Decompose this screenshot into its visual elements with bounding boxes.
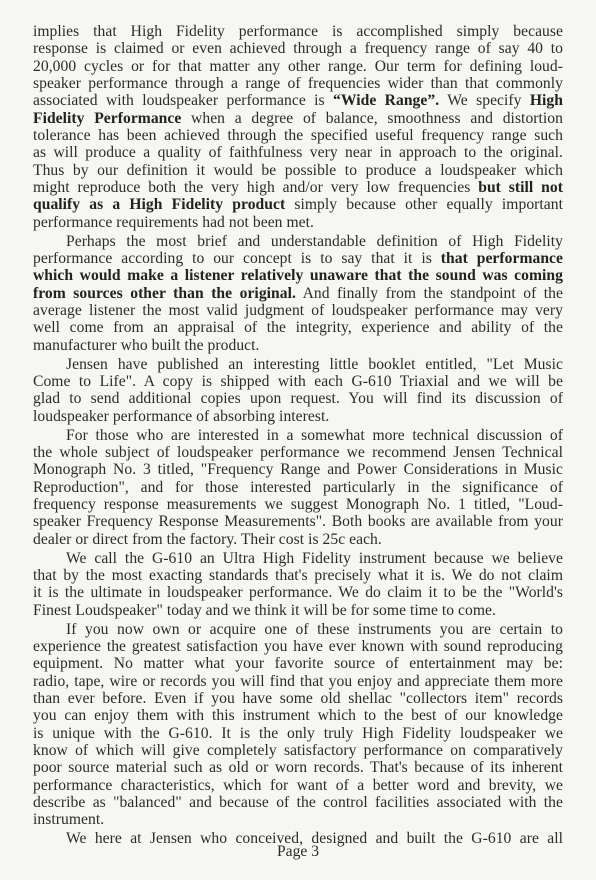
text-line: poor source material such as old or worn…	[33, 759, 563, 776]
text-line: dealer or direct from the factory. Their…	[33, 531, 563, 548]
text-run: experience the greatest satisfaction you…	[33, 638, 563, 655]
text-line: If you now own or acquire one of these i…	[33, 621, 563, 638]
text-run: when a degree of balance, smoothness and…	[181, 110, 563, 127]
text-line: Perhaps the most brief and understandabl…	[33, 233, 563, 250]
text-line: performance requirements had not been me…	[33, 214, 563, 231]
text-run: it is the ultimate in loudspeaker perfor…	[33, 584, 563, 601]
text-run: response is claimed or even achieved thr…	[33, 40, 563, 57]
text-run: associated with loudspeaker performance …	[33, 92, 333, 109]
text-run: manufacturer who built the product.	[33, 337, 260, 354]
text-line: Come to Life". A copy is shipped with ea…	[33, 373, 563, 390]
text-run: than ever before. Even if you have some …	[33, 690, 563, 707]
document-page: implies that High Fidelity performance i…	[0, 0, 596, 880]
bold-text: but still not	[478, 179, 563, 196]
text-line: tolerance has been achieved through the …	[33, 127, 563, 144]
text-run: know of which will give completely satis…	[33, 742, 563, 759]
text-line: Reproduction", and for those interested …	[33, 479, 563, 496]
bold-text: qualify as a High Fidelity product	[33, 196, 285, 213]
text-line: radio, tape, wire or records you will fi…	[33, 673, 563, 690]
text-line: manufacturer who built the product.	[33, 337, 563, 354]
text-line: that by the most exacting standards that…	[33, 567, 563, 584]
text-run: might reproduce both the very high and/o…	[33, 179, 478, 196]
text-run: speaker performance through a range of f…	[33, 75, 563, 92]
page-number: Page 3	[0, 843, 596, 861]
text-line: associated with loudspeaker performance …	[33, 92, 563, 109]
text-run: And finally from the standpoint of the	[296, 285, 563, 302]
text-run: performance characteristics, which for w…	[33, 777, 563, 794]
text-run: glad to send additional copies upon requ…	[33, 390, 563, 407]
text-line: well come from an appraisal of the integ…	[33, 319, 563, 336]
text-run: equipment. No matter what your favorite …	[33, 655, 563, 672]
paragraph: For those who are interested in a somewh…	[33, 427, 563, 548]
text-line: glad to send additional copies upon requ…	[33, 390, 563, 407]
text-line: response is claimed or even achieved thr…	[33, 40, 563, 57]
body-text: implies that High Fidelity performance i…	[33, 23, 563, 849]
text-run: performance according to our concept is …	[33, 250, 441, 267]
bold-text: Fidelity Performance	[33, 110, 181, 127]
bold-text: from sources other than the original.	[33, 285, 296, 302]
text-run: tolerance has been achieved through the …	[33, 127, 563, 144]
text-line: frequency response measurements we sugge…	[33, 496, 563, 513]
text-run: Perhaps the most brief and understandabl…	[66, 233, 563, 250]
paragraph: implies that High Fidelity performance i…	[33, 23, 563, 231]
paragraph: Jensen have published an interesting lit…	[33, 356, 563, 425]
text-line: equipment. No matter what your favorite …	[33, 655, 563, 672]
paragraph: Perhaps the most brief and understandabl…	[33, 233, 563, 354]
text-line: is unique with the G-610. It is the only…	[33, 725, 563, 742]
bold-text: “Wide Range”.	[333, 92, 439, 109]
text-run: We call the G-610 an Ultra High Fidelity…	[66, 550, 563, 567]
text-line: Monograph No. 3 titled, "Frequency Range…	[33, 461, 563, 478]
text-line: describe as "balanced" and because of th…	[33, 794, 563, 811]
bold-text: that performance	[441, 250, 563, 267]
text-line: it is the ultimate in loudspeaker perfor…	[33, 584, 563, 601]
text-run: 20,000 cycles or for that matter any oth…	[33, 58, 563, 75]
text-run: speaker Frequency Response Measurements"…	[33, 513, 563, 530]
text-line: Thus by our definition it would be possi…	[33, 162, 563, 179]
text-line: might reproduce both the very high and/o…	[33, 179, 563, 196]
text-run: describe as "balanced" and because of th…	[33, 794, 563, 811]
text-line: 20,000 cycles or for that matter any oth…	[33, 58, 563, 75]
text-line: speaker Frequency Response Measurements"…	[33, 513, 563, 530]
text-run: We specify	[439, 92, 530, 109]
text-line: implies that High Fidelity performance i…	[33, 23, 563, 40]
text-run: is unique with the G-610. It is the only…	[33, 725, 563, 742]
bold-text: which would make a listener relatively u…	[33, 267, 563, 284]
text-run: Reproduction", and for those interested …	[33, 479, 563, 496]
text-run: as will produce a quality of faithfulnes…	[33, 144, 563, 161]
text-line: loudspeaker performance of absorbing int…	[33, 408, 563, 425]
text-run: average listener the most valid judgment…	[33, 302, 563, 319]
text-run: well come from an appraisal of the integ…	[33, 319, 563, 336]
text-line: qualify as a High Fidelity product simpl…	[33, 196, 563, 213]
text-run: frequency response measurements we sugge…	[33, 496, 563, 513]
text-run: poor source material such as old or worn…	[33, 759, 563, 776]
text-run: For those who are interested in a somewh…	[66, 427, 563, 444]
text-line: experience the greatest satisfaction you…	[33, 638, 563, 655]
text-run: that by the most exacting standards that…	[33, 567, 563, 584]
text-line: from sources other than the original. An…	[33, 285, 563, 302]
text-line: as will produce a quality of faithfulnes…	[33, 144, 563, 161]
text-run: the whole subject of loudspeaker perform…	[33, 444, 563, 461]
text-line: know of which will give completely satis…	[33, 742, 563, 759]
text-run: Finest Loudspeaker" today and we think i…	[33, 602, 496, 619]
text-line: than ever before. Even if you have some …	[33, 690, 563, 707]
text-line: the whole subject of loudspeaker perform…	[33, 444, 563, 461]
text-run: performance requirements had not been me…	[33, 214, 314, 231]
text-run: dealer or direct from the factory. Their…	[33, 531, 382, 548]
text-run: loudspeaker performance of absorbing int…	[33, 408, 329, 425]
text-line: performance characteristics, which for w…	[33, 777, 563, 794]
text-line: We call the G-610 an Ultra High Fidelity…	[33, 550, 563, 567]
bold-text: High	[530, 92, 563, 109]
text-run: Monograph No. 3 titled, "Frequency Range…	[33, 461, 563, 478]
text-line: Finest Loudspeaker" today and we think i…	[33, 602, 563, 619]
text-line: average listener the most valid judgment…	[33, 302, 563, 319]
text-run: implies that High Fidelity performance i…	[33, 23, 563, 40]
text-run: simply because other equally important	[285, 196, 563, 213]
text-run: Jensen have published an interesting lit…	[66, 356, 563, 373]
text-run: instrument.	[33, 811, 104, 828]
text-line: Jensen have published an interesting lit…	[33, 356, 563, 373]
text-run: radio, tape, wire or records you will fi…	[33, 673, 563, 690]
text-line: Fidelity Performance when a degree of ba…	[33, 110, 563, 127]
text-run: you can enjoy them with this instrument …	[33, 707, 563, 724]
text-line: speaker performance through a range of f…	[33, 75, 563, 92]
text-line: you can enjoy them with this instrument …	[33, 707, 563, 724]
paragraph: If you now own or acquire one of these i…	[33, 621, 563, 829]
text-line: performance according to our concept is …	[33, 250, 563, 267]
text-run: Thus by our definition it would be possi…	[33, 162, 563, 179]
text-line: instrument.	[33, 811, 563, 828]
text-line: For those who are interested in a somewh…	[33, 427, 563, 444]
text-run: If you now own or acquire one of these i…	[66, 621, 563, 638]
paragraph: We call the G-610 an Ultra High Fidelity…	[33, 550, 563, 619]
text-line: which would make a listener relatively u…	[33, 267, 563, 284]
text-run: Come to Life". A copy is shipped with ea…	[33, 373, 563, 390]
